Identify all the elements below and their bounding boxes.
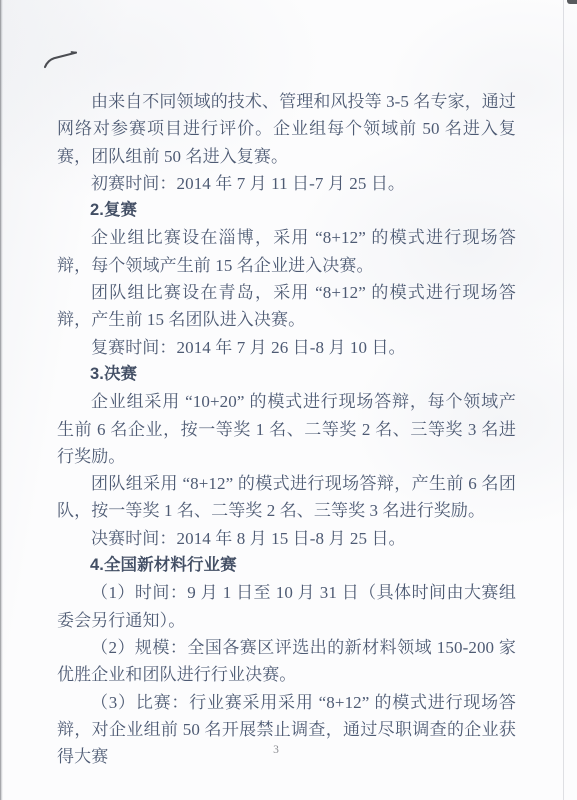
handwritten-pen-stroke xyxy=(40,44,88,74)
page-number: 3 xyxy=(0,744,552,756)
paragraph-enterprise-semifinal: 企业组比赛设在淄博，采用 “8+12” 的模式进行现场答辩，每个领域产生前 15… xyxy=(57,224,516,279)
paragraph-industry-match: （3）比赛：行业赛采用采用 “8+12” 的模式进行现场答辩，对企业组前 50 … xyxy=(57,689,516,771)
paragraph-evaluation: 由来自不同领域的技术、管理和风投等 3-5 名专家，通过网络对参赛项目进行评价。… xyxy=(57,88,516,170)
paragraph-preliminary-time: 初赛时间：2014 年 7 月 11 日-7 月 25 日。 xyxy=(57,170,516,197)
paragraph-team-semifinal: 团队组比赛设在青岛，采用 “8+12” 的模式进行现场答辩，产生前 15 名团队… xyxy=(57,279,516,334)
section-heading-semifinal: 2.复赛 xyxy=(57,197,516,224)
paragraph-industry-time: （1）时间：9 月 1 日至 10 月 31 日（具体时间由大赛组委会另行通知）… xyxy=(57,579,516,634)
paragraph-enterprise-final: 企业组采用 “10+20” 的模式进行现场答辩，每个领域产生前 6 名企业，按一… xyxy=(57,388,516,470)
scanned-document-page: 由来自不同领域的技术、管理和风投等 3-5 名专家，通过网络对参赛项目进行评价。… xyxy=(0,0,577,800)
document-body: 由来自不同领域的技术、管理和风投等 3-5 名专家，通过网络对参赛项目进行评价。… xyxy=(57,88,516,770)
paragraph-team-final: 团队组采用 “8+12” 的模式进行现场答辩，产生前 6 名团队，按一等奖 1 … xyxy=(57,470,516,525)
section-heading-final: 3.决赛 xyxy=(57,361,516,388)
section-heading-industry-contest: 4.全国新材料行业赛 xyxy=(57,552,516,579)
paragraph-final-time: 决赛时间：2014 年 8 月 15 日-8 月 25 日。 xyxy=(57,525,516,552)
scan-corner-mark xyxy=(567,0,577,4)
paragraph-industry-scale: （2）规模：全国各赛区评选出的新材料领域 150-200 家优胜企业和团队进行行… xyxy=(57,634,516,689)
paragraph-semifinal-time: 复赛时间：2014 年 7 月 26 日-8 月 10 日。 xyxy=(57,334,516,361)
scan-artifact-line xyxy=(563,0,564,800)
scan-edge-shadow xyxy=(0,0,3,800)
